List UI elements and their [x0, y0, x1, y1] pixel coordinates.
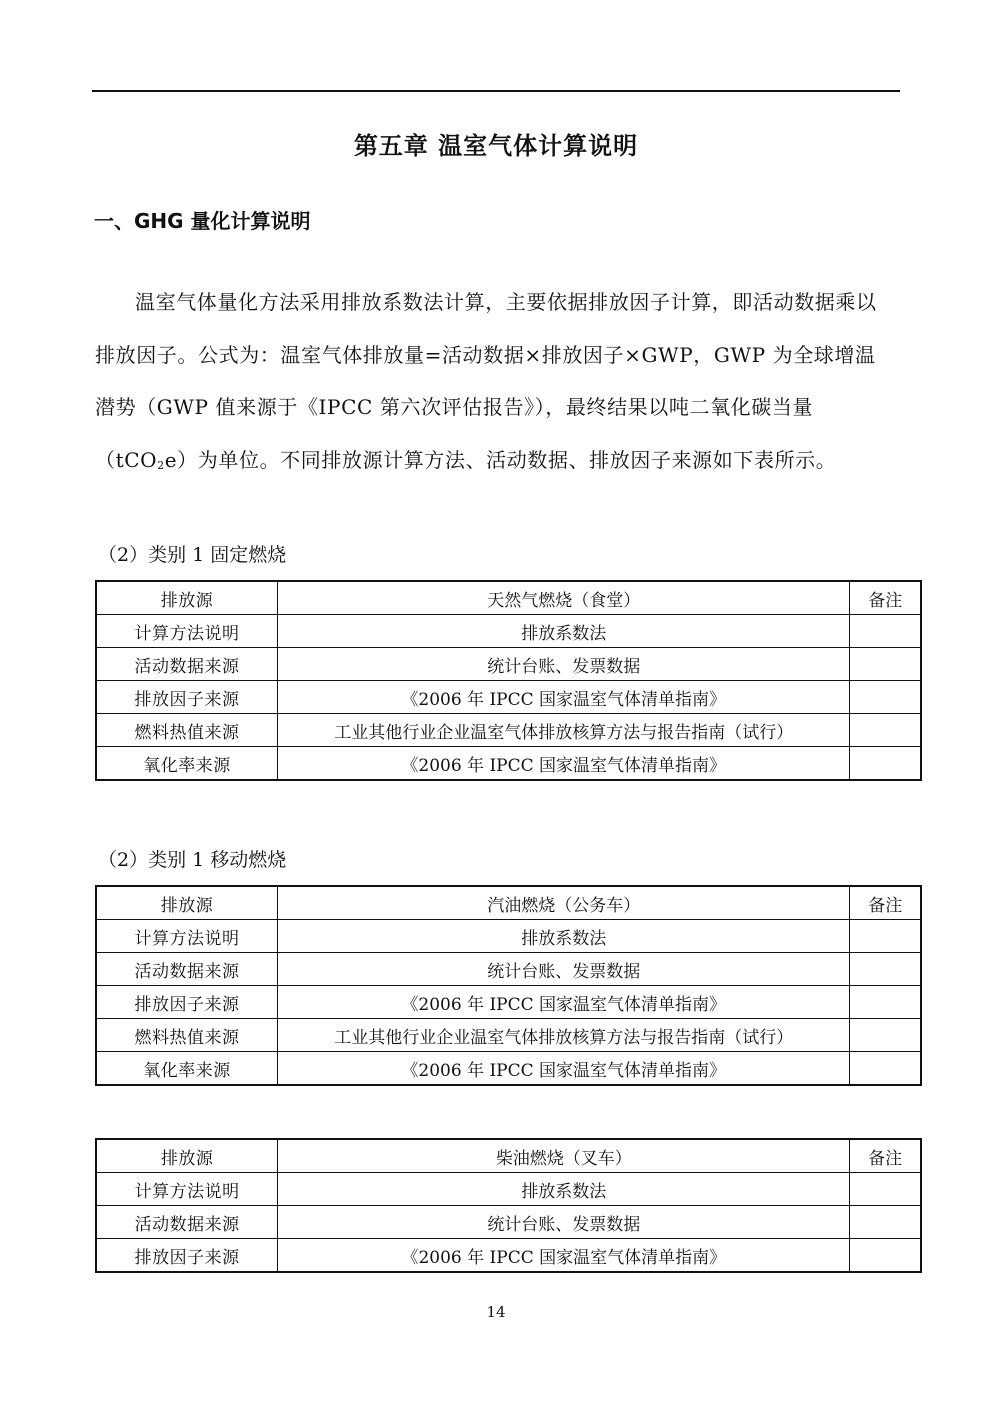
- table-row: 燃料热值来源 工业其他行业企业温室气体排放核算方法与报告指南（试行）: [96, 1019, 921, 1052]
- section-title: 一、GHG 量化计算说明: [94, 205, 311, 234]
- chapter-title: 第五章 温室气体计算说明: [0, 126, 992, 161]
- row-label: 活动数据来源: [96, 1206, 278, 1239]
- table-row: 氧化率来源 《2006 年 IPCC 国家温室气体清单指南》: [96, 1052, 921, 1086]
- row-label: 活动数据来源: [96, 648, 277, 681]
- row-label: 排放因子来源: [96, 681, 277, 714]
- row-label: 燃料热值来源: [96, 714, 277, 747]
- row-value: 工业其他行业企业温室气体排放核算方法与报告指南（试行）: [277, 714, 849, 747]
- row-value: 排放系数法: [277, 920, 849, 953]
- co2-subscript: 2: [157, 459, 165, 472]
- row-label: 氧化率来源: [96, 747, 277, 781]
- row-label: 计算方法说明: [96, 920, 277, 953]
- table-header-row: 排放源 天然气燃烧（食堂） 备注: [96, 581, 921, 615]
- row-label: 排放因子来源: [96, 1239, 278, 1273]
- table-row: 活动数据来源 统计台账、发票数据: [96, 648, 921, 681]
- row-value: 统计台账、发票数据: [278, 1206, 850, 1239]
- table-row: 氧化率来源 《2006 年 IPCC 国家温室气体清单指南》: [96, 747, 921, 781]
- row-value: 统计台账、发票数据: [277, 648, 849, 681]
- table-header-row: 排放源 柴油燃烧（叉车） 备注: [96, 1139, 921, 1173]
- row-value: 《2006 年 IPCC 国家温室气体清单指南》: [277, 747, 849, 781]
- page-number: 14: [0, 1303, 992, 1321]
- intro-paragraph: 温室气体量化方法采用排放系数法计算，主要依据排放因子计算，即活动数据乘以排放因子…: [95, 276, 895, 492]
- row-note: [850, 1206, 921, 1239]
- row-note: [850, 714, 921, 747]
- header-cell-source: 排放源: [96, 886, 277, 920]
- row-note: [850, 1019, 921, 1052]
- row-value: 排放系数法: [278, 1173, 850, 1206]
- header-cell-source: 排放源: [96, 581, 277, 615]
- row-label: 氧化率来源: [96, 1052, 277, 1086]
- header-cell-note: 备注: [850, 886, 921, 920]
- row-value: 《2006 年 IPCC 国家温室气体清单指南》: [277, 681, 849, 714]
- row-note: [850, 953, 921, 986]
- row-value: 统计台账、发票数据: [277, 953, 849, 986]
- row-note: [850, 648, 921, 681]
- header-cell-note: 备注: [850, 581, 921, 615]
- row-label: 计算方法说明: [96, 1173, 278, 1206]
- row-note: [850, 615, 921, 648]
- table-row: 活动数据来源 统计台账、发票数据: [96, 1206, 921, 1239]
- table-mobile-combustion-diesel: 排放源 柴油燃烧（叉车） 备注 计算方法说明 排放系数法 活动数据来源 统计台账…: [95, 1138, 922, 1273]
- header-rule: [92, 90, 900, 92]
- row-label: 计算方法说明: [96, 615, 277, 648]
- row-value: 工业其他行业企业温室气体排放核算方法与报告指南（试行）: [277, 1019, 849, 1052]
- table-row: 活动数据来源 统计台账、发票数据: [96, 953, 921, 986]
- row-note: [850, 681, 921, 714]
- header-cell-source-value: 柴油燃烧（叉车）: [278, 1139, 850, 1173]
- table-row: 计算方法说明 排放系数法: [96, 615, 921, 648]
- header-cell-source-value: 汽油燃烧（公务车）: [277, 886, 849, 920]
- table-caption-mobile-combustion: （2）类别 1 移动燃烧: [98, 845, 286, 872]
- table-row: 排放因子来源 《2006 年 IPCC 国家温室气体清单指南》: [96, 681, 921, 714]
- row-note: [850, 1239, 921, 1273]
- row-value: 《2006 年 IPCC 国家温室气体清单指南》: [277, 986, 849, 1019]
- paragraph-text-part2: e）为单位。不同排放源计算方法、活动数据、排放因子来源如下表所示。: [165, 448, 837, 472]
- row-label: 燃料热值来源: [96, 1019, 277, 1052]
- table-row: 计算方法说明 排放系数法: [96, 1173, 921, 1206]
- table-mobile-combustion-gasoline: 排放源 汽油燃烧（公务车） 备注 计算方法说明 排放系数法 活动数据来源 统计台…: [95, 885, 922, 1086]
- row-label: 活动数据来源: [96, 953, 277, 986]
- row-value: 排放系数法: [277, 615, 849, 648]
- row-note: [850, 920, 921, 953]
- header-cell-source: 排放源: [96, 1139, 278, 1173]
- table-row: 燃料热值来源 工业其他行业企业温室气体排放核算方法与报告指南（试行）: [96, 714, 921, 747]
- table-row: 排放因子来源 《2006 年 IPCC 国家温室气体清单指南》: [96, 986, 921, 1019]
- table-header-row: 排放源 汽油燃烧（公务车） 备注: [96, 886, 921, 920]
- paragraph-text-part1: 温室气体量化方法采用排放系数法计算，主要依据排放因子计算，即活动数据乘以排放因子…: [95, 290, 877, 472]
- row-value: 《2006 年 IPCC 国家温室气体清单指南》: [278, 1239, 850, 1273]
- table-row: 排放因子来源 《2006 年 IPCC 国家温室气体清单指南》: [96, 1239, 921, 1273]
- row-note: [850, 986, 921, 1019]
- header-cell-source-value: 天然气燃烧（食堂）: [277, 581, 849, 615]
- row-note: [850, 1173, 921, 1206]
- header-cell-note: 备注: [850, 1139, 921, 1173]
- table-row: 计算方法说明 排放系数法: [96, 920, 921, 953]
- row-label: 排放因子来源: [96, 986, 277, 1019]
- row-note: [850, 747, 921, 781]
- table-stationary-combustion: 排放源 天然气燃烧（食堂） 备注 计算方法说明 排放系数法 活动数据来源 统计台…: [95, 580, 922, 781]
- table-caption-stationary-combustion: （2）类别 1 固定燃烧: [98, 540, 286, 567]
- row-note: [850, 1052, 921, 1086]
- row-value: 《2006 年 IPCC 国家温室气体清单指南》: [277, 1052, 849, 1086]
